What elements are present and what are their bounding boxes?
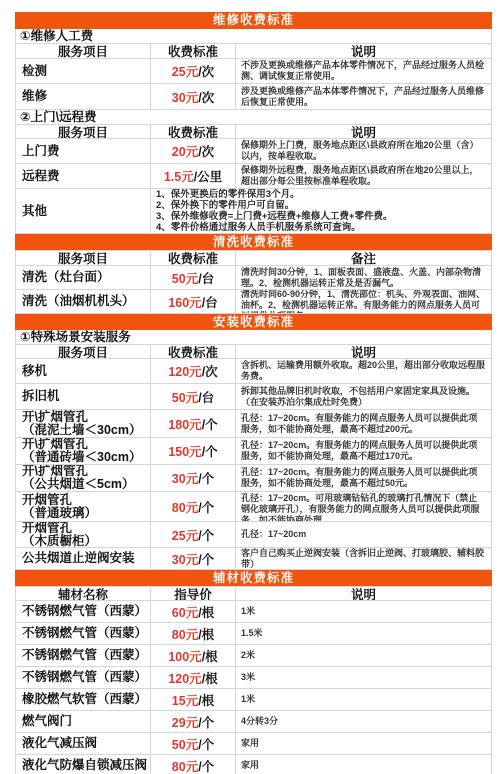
table-row: 开烟管孔（木质橱柜） 25元/个 孔径：17~20cm [15,522,492,548]
column-header-fee: 收费标准 [151,345,236,358]
column-header-service: 服务项目 [16,345,151,358]
group-label-labor-fee: ①维修人工费 [15,29,492,43]
table-row: 清洗（灶台面） 50元/台 清洗时间30分钟，1、面板表面、盛液盘、火盖、内部杂… [15,266,492,290]
table-row: 液化气防爆自锁减压阀 80元/个 家用 [15,755,492,774]
service-name: 清洗（油烟机机头） [22,295,148,308]
column-header-note: 说明 [236,125,491,138]
column-header-fee: 收费标准 [151,125,236,138]
row-description: 孔径：17~20cm。有服务能力的网点服务人员可以提供此项服务，如不能协商处理，… [241,440,486,462]
column-header-fee: 收费标准 [151,44,236,58]
service-name-line2: （木质橱柜） [22,535,148,548]
table-header: 服务项目 收费标准 说明 [15,124,492,139]
price-unit: /根 [202,647,218,665]
price-unit: /次 [198,142,214,160]
row-description: 清洗时间30分钟，1、面板表面、盛液盘、火盖、内部杂物清理。2、检测机器运转正常… [241,267,486,289]
price-value: 100元 [168,647,201,665]
price-value: 150元 [168,442,201,460]
price-unit: /台 [202,293,218,311]
note-line: 3、保外维修收费=上门费+远程费+维修人工费+零件费。 [156,211,486,222]
price-value: 30元 [172,88,198,106]
service-name: 移机 [22,365,148,378]
price-value: 15元 [172,691,198,709]
note-line: 4、零件价格通过服务人员手机服务系统可查询。 [156,222,486,233]
price-unit: /个 [198,469,214,487]
column-header-note: 说明 [236,345,491,358]
service-name: 上门费 [22,145,148,158]
price-unit: /个 [198,526,214,544]
service-name: 维修 [22,90,148,103]
row-description: 1.5米 [241,628,263,639]
table-row: 维修 30元/次 涉及更换或维修产品本体零件情况下，产品经过服务人员维修后恢复正… [15,84,492,110]
price-value: 160元 [168,293,201,311]
table-row: 不锈钢燃气管（西蒙） 80元/根 1.5米 [15,623,492,645]
table-row: 远程费 1.5元/公里 保修期外远程费，服务地点距区\县政府所在地20公里以上，… [15,164,492,189]
table-row: 液化气减压阀 50元/个 家用 [15,733,492,755]
price-unit: /公里 [194,167,222,185]
row-description: 2米 [241,650,255,661]
price-value: 50元 [172,735,198,753]
column-header-material: 辅材名称 [16,587,151,600]
price-value: 25元 [172,526,198,544]
price-value: 180元 [168,415,201,433]
price-unit: /台 [198,388,214,406]
column-header-note: 说明 [236,587,491,600]
table-row: 检测 25元/次 不涉及更换或维修产品本体零件情况下，产品经过服务人员检测、调试… [15,59,492,84]
column-header-guide-price: 指导价 [151,587,236,600]
service-name: 开烟管孔 [22,494,148,507]
table-row: 拆旧机 50元/台 拆卸其他品牌旧机时收取，不包括用户家固定家具及设施。（在安装… [15,384,492,410]
table-row: 公共烟道止逆阀安装 30元/个 客户自己购买止逆阀安装（含拆旧止逆阀、打玻璃胶、… [15,548,492,570]
price-unit: /个 [198,735,214,753]
row-description: 家用 [241,738,259,749]
price-value: 80元 [172,625,198,643]
row-description: 拆卸其他品牌旧机时收取，不包括用户家固定家具及设施。（在安装苏泊尔集成灶时免费） [241,386,486,408]
service-name-line2: （混泥土墙＜30cm） [22,424,148,437]
material-name: 不锈钢燃气管（西蒙） [22,649,148,662]
column-header-fee: 收费标准 [151,251,236,265]
price-value: 50元 [172,269,198,287]
price-value: 80元 [172,757,198,774]
column-header-note: 备注 [236,251,491,265]
material-name: 燃气阀门 [22,715,148,728]
table-row: 不锈钢燃气管（西蒙） 100元/根 2米 [15,645,492,667]
row-description: 3米 [241,672,255,683]
price-unit: /个 [198,713,214,731]
row-description: 1米 [241,606,255,617]
table-row: 燃气阀门 29元/个 4分转3分 [15,711,492,733]
section-title-install: 安装收费标准 [15,314,492,330]
note-line: 1、保外更换后的零件保用3个月。 [156,189,486,200]
table-row: 开烟管孔（普通玻璃） 80元/个 孔径：17~20cm。可用玻璃钻钻孔的玻璃打孔… [15,492,492,522]
row-description: 孔径：17~20cm。有服务能力的网点服务人员可以提供此项服务，如不能协商处理，… [241,467,486,489]
table-row: 不锈钢燃气管（西蒙） 120元/根 3米 [15,667,492,689]
service-name-line2: （公共烟道＜5cm） [22,478,148,491]
price-unit: /个 [202,415,218,433]
material-name: 液化气减压阀 [22,737,148,750]
price-value: 60元 [172,603,198,621]
price-value: 120元 [168,362,201,380]
price-unit: /台 [198,269,214,287]
price-unit: /次 [202,362,218,380]
table-row: 清洗（油烟机机头） 160元/台 清洗时间60-90分钟，1、清洗部位：机头、外… [15,290,492,314]
material-name: 橡胶燃气软管（西蒙） [22,693,148,706]
price-value: 30元 [172,469,198,487]
section-title-cleaning: 清洗收费标准 [15,234,492,250]
material-name: 不锈钢燃气管（西蒙） [22,605,148,618]
row-description: 保修期外远程费，服务地点距区\县政府所在地20公里以上，超出部分每公里按标准单程… [241,165,486,187]
table-row: 上门费 20元/次 保修期外上门费，服务地点距区\县政府所在地20公里（含）以内… [15,139,492,164]
row-description: 客户自己购买止逆阀安装（含拆旧止逆阀、打玻璃胶、辅料胶带） [241,548,486,570]
group-label-special-install: ①特殊场景安装服务 [15,330,492,344]
service-name-line2: （普通砖墙＜30cm） [22,451,148,464]
price-value: 120元 [168,669,201,687]
table-header: 服务项目 收费标准 说明 [15,43,492,59]
price-unit: /次 [198,88,214,106]
price-unit: /根 [202,669,218,687]
service-name: 公共烟道止逆阀安装 [22,552,148,565]
price-value: 29元 [172,713,198,731]
column-header-service: 服务项目 [16,44,151,58]
table-row-other: 其他 1、保外更换后的零件保用3个月。 2、保外换下的零件用户可自留。 3、保外… [15,189,492,234]
fee-table: 维修收费标准 ①维修人工费 服务项目 收费标准 说明 检测 25元/次 不涉及更… [15,12,492,774]
row-description: 孔径：17~20cm。有服务能力的网点服务人员可以提供此项服务，如不能协商处理，… [241,413,486,435]
section-title-materials: 辅材收费标准 [15,570,492,586]
service-name-line2: （普通玻璃） [22,507,148,520]
price-value: 50元 [172,388,198,406]
service-name: 清洗（灶台面） [22,271,148,284]
service-fee-sheet: 维修收费标准 ①维修人工费 服务项目 收费标准 说明 检测 25元/次 不涉及更… [0,0,500,774]
price-value: 25元 [172,62,198,80]
row-description: 家用 [241,760,259,771]
price-value: 30元 [172,550,198,568]
price-unit: /个 [198,757,214,774]
price-unit: /次 [198,62,214,80]
price-value: 20元 [172,142,198,160]
column-header-note: 说明 [236,44,491,58]
row-description: 4分转3分 [241,716,278,727]
row-description: 不涉及更换或维修产品本体零件情况下，产品经过服务人员检测、调试恢复正常使用。 [241,60,486,82]
column-header-service: 服务项目 [16,125,151,138]
table-row: 橡胶燃气软管（西蒙） 15元/根 1米 [15,689,492,711]
row-description: 含拆机、运输费用额外收取。超20公里，超出部分收取远程服务费。 [241,360,486,382]
table-header: 服务项目 收费标准 说明 [15,344,492,359]
table-row: 开\扩烟管孔（普通砖墙＜30cm） 150元/个 孔径：17~20cm。有服务能… [15,438,492,465]
table-row: 开\扩烟管孔（公共烟道＜5cm） 30元/个 孔径：17~20cm。有服务能力的… [15,465,492,492]
price-unit: /个 [198,550,214,568]
price-value: 1.5元 [164,167,194,185]
section-title-repair: 维修收费标准 [15,12,492,29]
service-name: 开烟管孔 [22,522,148,535]
material-name: 不锈钢燃气管（西蒙） [22,671,148,684]
price-unit: /个 [202,442,218,460]
note-line: 2、保外换下的零件用户可自留。 [156,200,486,211]
service-name: 远程费 [22,170,148,183]
price-unit: /根 [198,625,214,643]
material-name: 不锈钢燃气管（西蒙） [22,627,148,640]
column-header-service: 服务项目 [16,251,151,265]
row-description: 涉及更换或维修产品本体零件情况下，产品经过服务人员维修后恢复正常使用。 [241,86,486,108]
row-description: 孔径：17~20cm。可用玻璃钻钻孔的玻璃打孔情况下（禁止钢化玻璃开孔），有服务… [241,493,486,521]
table-header: 辅材名称 指导价 说明 [15,586,492,601]
price-unit: /个 [198,498,214,516]
row-description: 清洗时间60-90分钟，1、清洗部位：机头、外观表面、油网、油杯。2、检测机器运… [241,290,486,314]
service-name: 检测 [22,65,148,78]
price-unit: /根 [198,603,214,621]
group-label-visit-fee: ②上门\远程费 [15,110,492,124]
row-description: 1米 [241,694,255,705]
price-unit: /根 [198,691,214,709]
service-name: 开\扩烟管孔 [22,411,148,424]
table-row: 不锈钢燃气管（西蒙） 60元/根 1米 [15,601,492,623]
table-row: 开\扩烟管孔（混泥土墙＜30cm） 180元/个 孔径：17~20cm。有服务能… [15,410,492,438]
table-row: 移机 120元/次 含拆机、运输费用额外收取。超20公里，超出部分收取远程服务费… [15,359,492,384]
material-name: 液化气防爆自锁减压阀 [22,759,148,772]
table-header: 服务项目 收费标准 备注 [15,250,492,266]
service-name: 其他 [22,205,148,218]
row-description: 孔径：17~20cm [241,529,306,540]
price-value: 80元 [172,498,198,516]
row-description: 保修期外上门费，服务地点距区\县政府所在地20公里（含）以内，按单程收取。 [241,140,486,162]
service-name: 拆旧机 [22,390,148,403]
